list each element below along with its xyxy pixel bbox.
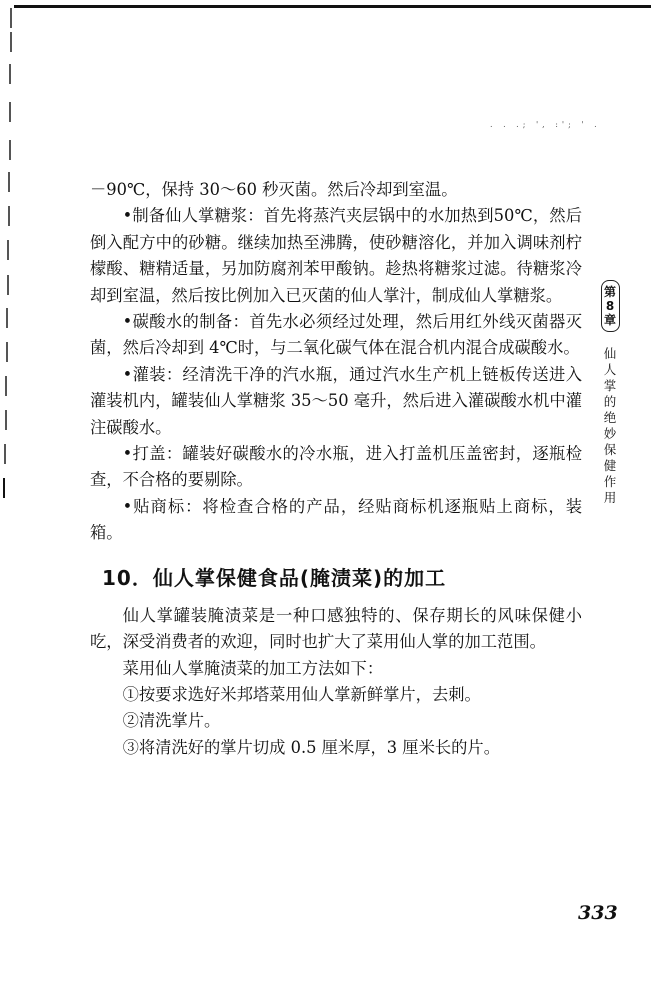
step-1: ①按要求选好米邦塔菜用仙人掌新鲜掌片，去刺。 — [90, 682, 582, 708]
paragraph-filling: •灌装：经清洗干净的汽水瓶，通过汽水生产机上链板传送进入灌装机内，罐装仙人掌糖浆… — [90, 362, 582, 441]
page-number: 333 — [578, 902, 618, 924]
step-3: ③将清洗好的掌片切成 0.5 厘米厚，3 厘米长的片。 — [90, 735, 582, 761]
step-2: ②清洗掌片。 — [90, 708, 582, 734]
paragraph-labeling: •贴商标：将检查合格的产品，经贴商标机逐瓶贴上商标，装箱。 — [90, 494, 582, 547]
section-heading: 10．仙人掌保健食品(腌渍菜)的加工 — [90, 563, 582, 593]
paragraph-intro: 仙人掌罐装腌渍菜是一种口感独特的、保存期长的风味保健小吃，深受消费者的欢迎，同时… — [90, 603, 582, 656]
page-body: －90℃，保持 30～60 秒灭菌。然后冷却到室温。 •制备仙人掌糖浆：首先将蒸… — [90, 177, 582, 761]
page-top-rule — [14, 5, 651, 8]
chapter-tab: 第8章 仙人掌的绝妙保健作用 — [599, 280, 621, 506]
chapter-title: 仙人掌的绝妙保健作用 — [603, 346, 617, 506]
paragraph-carbonated-water: •碳酸水的制备：首先水必须经过处理，然后用红外线灭菌器灭菌，然后冷却到 4℃时，… — [90, 309, 582, 362]
paragraph: －90℃，保持 30～60 秒灭菌。然后冷却到室温。 — [90, 177, 582, 203]
chapter-number-label: 第8章 — [601, 280, 620, 332]
paragraph-capping: •打盖：罐装好碳酸水的冷水瓶，进入打盖机压盖密封，逐瓶检查，不合格的要剔除。 — [90, 441, 582, 494]
paragraph-syrup: •制备仙人掌糖浆：首先将蒸汽夹层锅中的水加热到50℃，然后倒入配方中的砂糖。继续… — [90, 203, 582, 309]
paragraph-method: 菜用仙人掌腌渍菜的加工方法如下： — [90, 656, 582, 682]
scan-artifact: . . .; ', :'; ' . — [490, 120, 601, 129]
binding-marks — [2, 0, 12, 520]
